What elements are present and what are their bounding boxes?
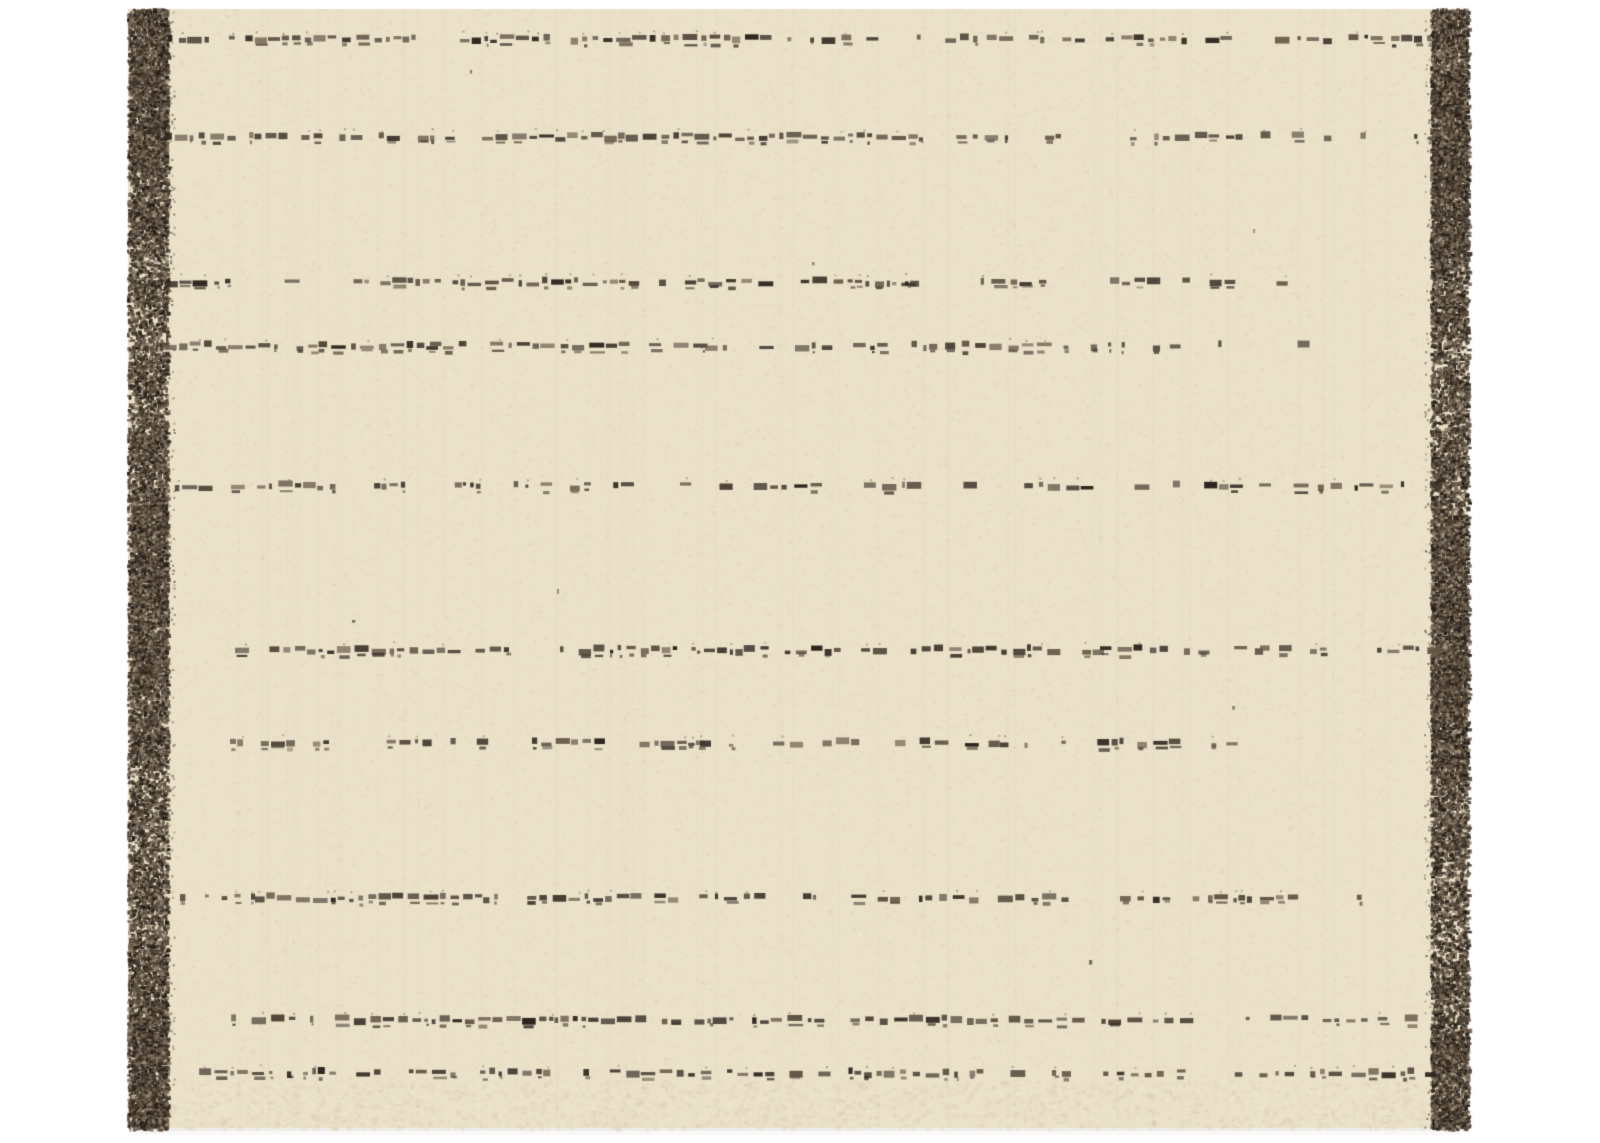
rug-photo-canvas: [0, 0, 1600, 1143]
product-photo: [0, 0, 1600, 1143]
